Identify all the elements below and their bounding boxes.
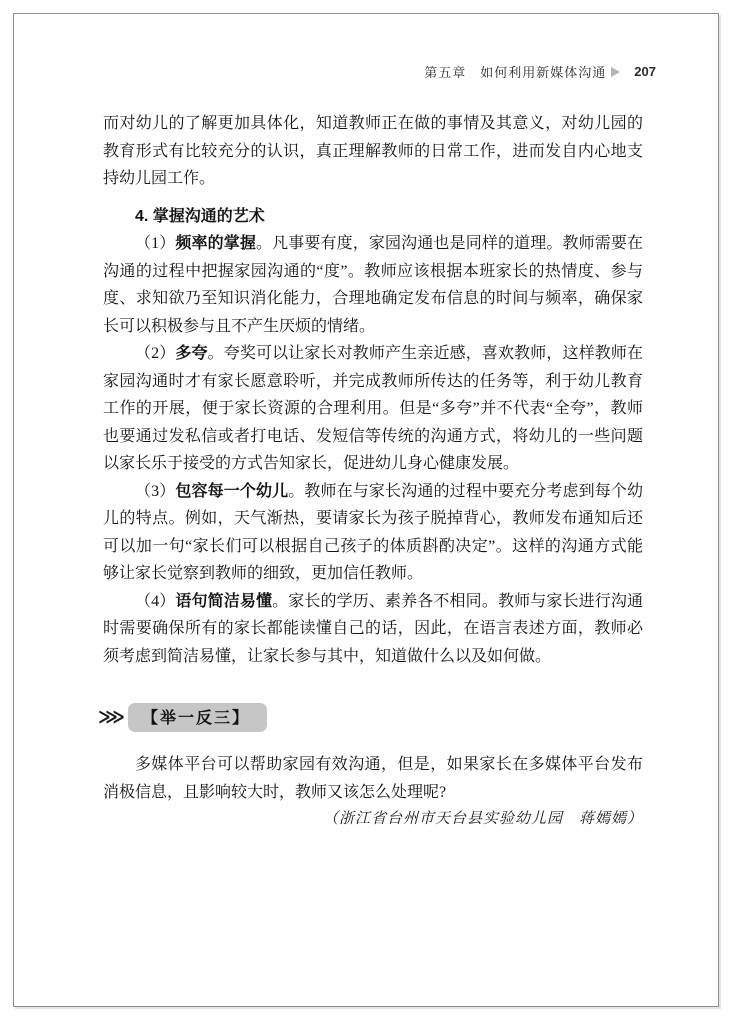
book-page: 第五章 如何利用新媒体沟通 207 而对幼儿的了解更加具体化，知道教师正在做的事…	[0, 0, 730, 1020]
point-lead: 包容每一个幼儿	[175, 483, 288, 500]
attribution-line: （浙江省台州市天台县实验幼儿园 蒋嫣嫣）	[103, 806, 643, 834]
page-number: 207	[634, 64, 656, 79]
point-prefix: （2）	[135, 345, 175, 362]
point-paragraph-4: （4）语句简洁易懂。家长的学历、素养各不相同。教师与家长进行沟通时需要确保所有的…	[103, 588, 643, 671]
callout-label: 【举一反三】	[128, 703, 267, 732]
point-paragraph-1: （1）频率的掌握。凡事要有度，家园沟通也是同样的道理。教师需要在沟通的过程中把握…	[103, 230, 643, 340]
right-arrow-icon	[611, 67, 620, 77]
question-paragraph: 多媒体平台可以帮助家园有效沟通，但是，如果家长在多媒体平台发布消极信息，且影响较…	[103, 751, 643, 806]
point-prefix: （4）	[135, 593, 175, 610]
point-lead: 语句简洁易懂	[175, 593, 272, 610]
triple-chevron-icon: ⋙	[98, 708, 125, 727]
point-prefix: （1）	[135, 235, 175, 252]
page-body: 而对幼儿的了解更加具体化，知道教师正在做的事情及其意义，对幼儿园的教育形式有比较…	[103, 110, 643, 834]
point-lead: 多夸	[175, 345, 207, 362]
point-prefix: （3）	[135, 483, 175, 500]
running-header: 第五章 如何利用新媒体沟通 207	[103, 62, 656, 81]
point-text: 。夸奖可以让家长对教师产生亲近感，喜欢教师，这样教师在家园沟通时才有家长愿意聆听…	[103, 345, 643, 472]
point-paragraph-2: （2）多夸。夸奖可以让家长对教师产生亲近感，喜欢教师，这样教师在家园沟通时才有家…	[103, 340, 643, 478]
point-lead: 频率的掌握	[175, 235, 256, 252]
point-paragraph-3: （3）包容每一个幼儿。教师在与家长沟通的过程中要充分考虑到每个幼儿的特点。例如，…	[103, 478, 643, 588]
chapter-title: 第五章 如何利用新媒体沟通	[424, 62, 606, 81]
intro-paragraph: 而对幼儿的了解更加具体化，知道教师正在做的事情及其意义，对幼儿园的教育形式有比较…	[103, 110, 643, 193]
callout-row: ⋙ 【举一反三】	[98, 703, 643, 732]
section-heading: 4. 掌握沟通的艺术	[103, 203, 643, 231]
